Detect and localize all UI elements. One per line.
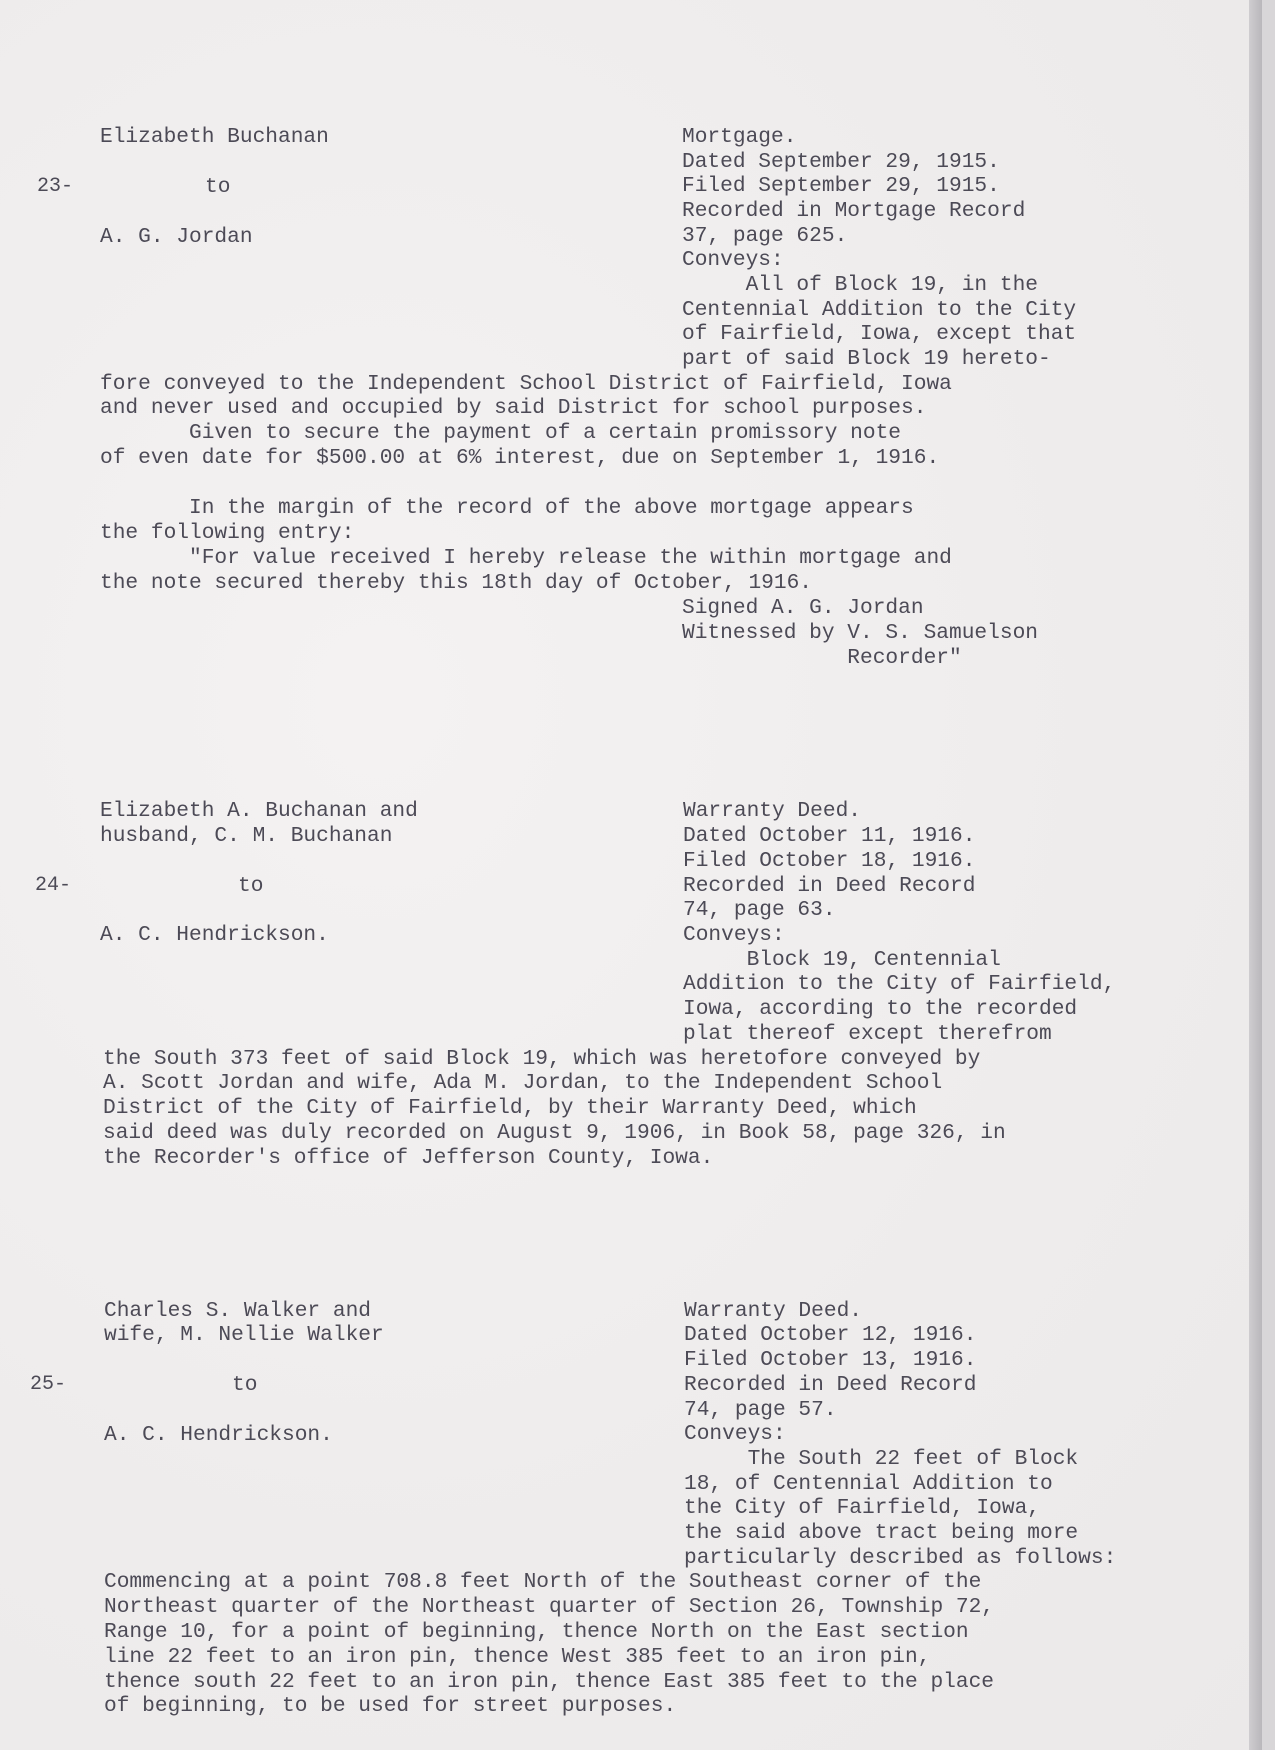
grantor-line: Elizabeth Buchanan xyxy=(100,125,329,150)
connector: to xyxy=(238,874,263,899)
grantor-line: husband, C. M. Buchanan xyxy=(100,824,392,849)
record-page: 37, page 625. xyxy=(682,224,847,249)
conveys-line: All of Block 19, in the xyxy=(682,273,1038,298)
body-line: said deed was duly recorded on August 9,… xyxy=(103,1121,1006,1146)
grantor-line: wife, M. Nellie Walker xyxy=(104,1323,384,1348)
grantee: A. C. Hendrickson. xyxy=(104,1423,333,1448)
conveys-line: Block 19, Centennial xyxy=(683,948,1001,973)
margin-line: In the margin of the record of the above… xyxy=(100,496,914,521)
conveys-line: Centennial Addition to the City xyxy=(682,298,1076,323)
body-line: thence south 22 feet to an iron pin, the… xyxy=(104,1670,994,1695)
margin-line: "For value received I hereby release the… xyxy=(100,546,952,571)
grantor-line: Elizabeth A. Buchanan and xyxy=(100,799,418,824)
entry-number: 25- xyxy=(30,1373,66,1398)
recorded: Recorded in Deed Record xyxy=(683,874,975,899)
conveys-line: the said above tract being more xyxy=(684,1521,1078,1546)
connector: to xyxy=(205,175,230,200)
margin-line: the note secured thereby this 18th day o… xyxy=(100,571,812,596)
recorded: Recorded in Deed Record xyxy=(684,1373,976,1398)
body-line: line 22 feet to an iron pin, thence West… xyxy=(104,1645,930,1670)
conveys-label: Conveys: xyxy=(684,1422,786,1447)
body-line: A. Scott Jordan and wife, Ada M. Jordan,… xyxy=(103,1071,942,1096)
grantee: A. G. Jordan xyxy=(100,225,253,250)
conveys-line: The South 22 feet of Block xyxy=(684,1447,1078,1472)
body-line: the Recorder's office of Jefferson Count… xyxy=(103,1146,713,1171)
margin-line: the following entry: xyxy=(100,521,354,546)
document-page: 23- Elizabeth Buchanan to A. G. Jordan M… xyxy=(0,0,1262,1750)
conveys-line: particularly described as follows: xyxy=(684,1546,1116,1571)
conveys-line: part of said Block 19 hereto- xyxy=(682,347,1051,372)
entry-number: 23- xyxy=(37,175,73,200)
dated: Dated October 11, 1916. xyxy=(683,824,975,849)
grantee: A. C. Hendrickson. xyxy=(100,923,329,948)
record-page: 74, page 57. xyxy=(684,1398,837,1423)
body-line: fore conveyed to the Independent School … xyxy=(100,372,952,397)
conveys-label: Conveys: xyxy=(682,248,784,273)
filed: Filed September 29, 1915. xyxy=(682,174,1000,199)
instrument-type: Warranty Deed. xyxy=(683,799,861,824)
signed-by: Signed A. G. Jordan xyxy=(682,596,924,621)
body-line: and never used and occupied by said Dist… xyxy=(100,396,926,421)
entry-number: 24- xyxy=(35,874,71,899)
witnessed-by: Witnessed by V. S. Samuelson xyxy=(682,621,1038,646)
conveys-line: Addition to the City of Fairfield, xyxy=(683,972,1115,997)
filed: Filed October 18, 1916. xyxy=(683,849,975,874)
recorder-title: Recorder" xyxy=(682,646,962,671)
body-line: Northeast quarter of the Northeast quart… xyxy=(104,1595,994,1620)
conveys-line: Iowa, according to the recorded xyxy=(683,997,1077,1022)
filed: Filed October 13, 1916. xyxy=(684,1348,976,1373)
dated: Dated October 12, 1916. xyxy=(684,1323,976,1348)
conveys-line: the City of Fairfield, Iowa, xyxy=(684,1496,1040,1521)
body-line: the South 373 feet of said Block 19, whi… xyxy=(103,1047,980,1072)
grantor-line: Charles S. Walker and xyxy=(104,1299,371,1324)
body-line: Commencing at a point 708.8 feet North o… xyxy=(104,1570,981,1595)
body-line: of even date for $500.00 at 6% interest,… xyxy=(100,446,939,471)
instrument-type: Warranty Deed. xyxy=(684,1299,862,1324)
conveys-line: 18, of Centennial Addition to xyxy=(684,1472,1053,1497)
conveys-label: Conveys: xyxy=(683,923,785,948)
page-edge-shadow xyxy=(1249,0,1262,1750)
body-line: Given to secure the payment of a certain… xyxy=(100,421,901,446)
dated: Dated September 29, 1915. xyxy=(682,150,1000,175)
record-page: 74, page 63. xyxy=(683,898,836,923)
conveys-line: of Fairfield, Iowa, except that xyxy=(682,322,1076,347)
body-line: of beginning, to be used for street purp… xyxy=(104,1694,676,1719)
recorded: Recorded in Mortgage Record xyxy=(682,199,1025,224)
connector: to xyxy=(232,1373,257,1398)
conveys-line: plat thereof except therefrom xyxy=(683,1022,1052,1047)
body-line: Range 10, for a point of beginning, then… xyxy=(104,1620,969,1645)
instrument-type: Mortgage. xyxy=(682,125,796,150)
body-line: District of the City of Fairfield, by th… xyxy=(103,1096,917,1121)
